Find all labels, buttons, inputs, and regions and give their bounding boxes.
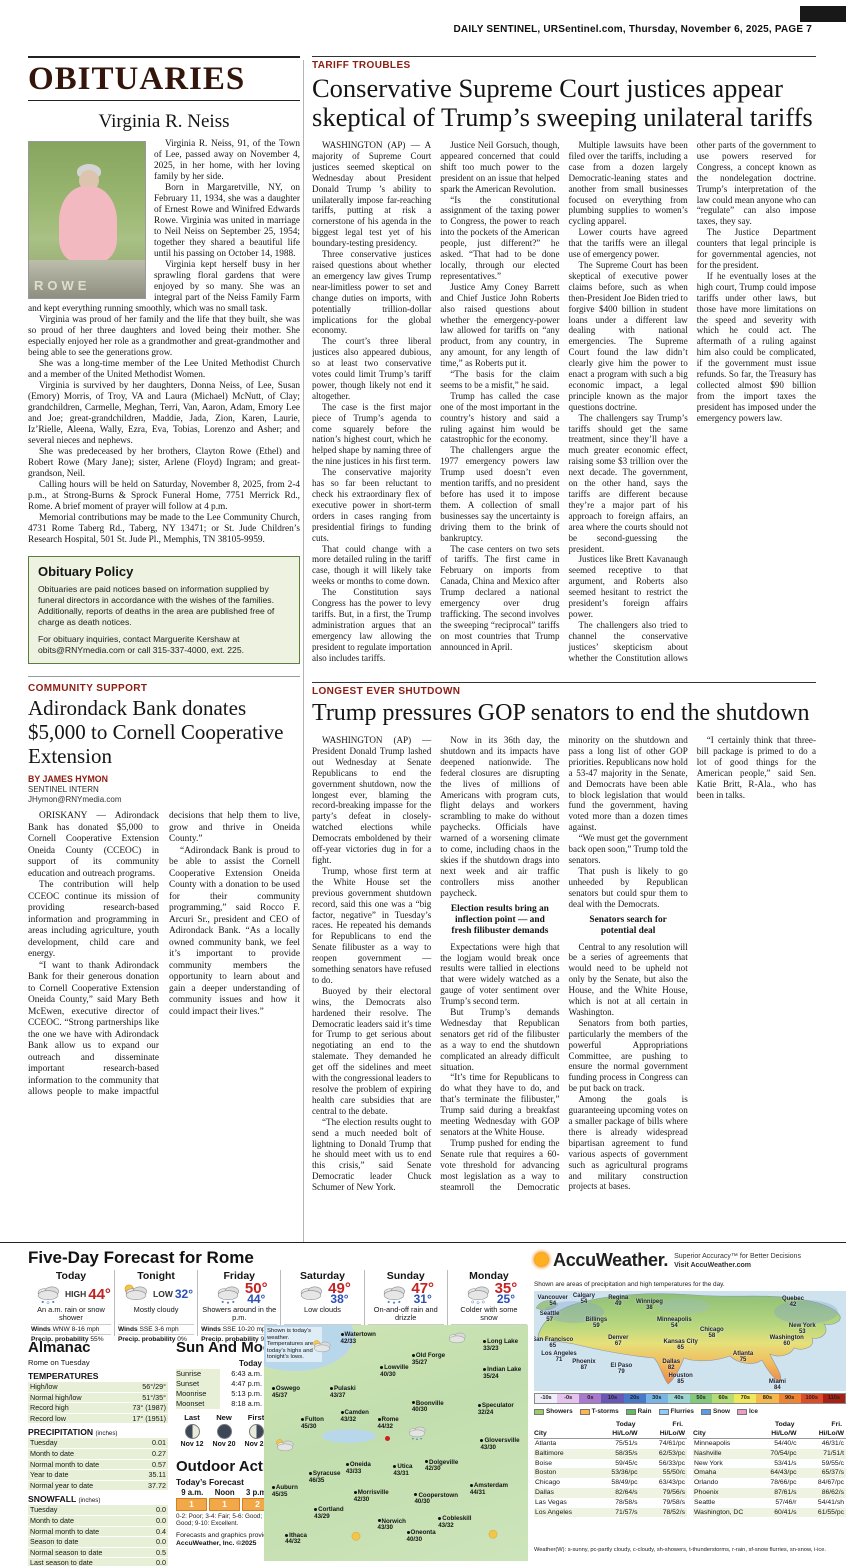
article-paragraph: “Adirondack Bank is proud to be able to … — [169, 846, 300, 1019]
fri-header: Fri. — [640, 1420, 688, 1429]
article-paragraph: Senators from both parties, particularly… — [569, 1018, 688, 1094]
regional-city: Gloversville43/30 — [480, 1438, 519, 1452]
snow-swatch — [701, 1409, 711, 1415]
city-table-row: Seattle57/46/r54/41/sh — [693, 1498, 846, 1508]
forecast-day-main: 50°44° — [201, 1283, 277, 1305]
almanac-row-value: 0.4 — [156, 1527, 166, 1537]
national-city: Winnipeg38 — [636, 1299, 663, 1312]
city-today-value: 57/46/r — [751, 1498, 799, 1508]
city-dot — [414, 1493, 417, 1496]
precip-legend-label: T-storms — [592, 1408, 619, 1415]
city-table-group-header: TodayFri. — [693, 1420, 846, 1429]
city-dot — [378, 1418, 381, 1421]
article-paragraph: Trump has called the case one of the mos… — [440, 391, 559, 446]
article-paragraph: WASHINGTON (AP) — A majority of Supreme … — [312, 140, 431, 249]
forecast-day-name: Tonight — [118, 1270, 194, 1282]
community-kicker: COMMUNITY SUPPORT — [28, 683, 300, 694]
almanac-row-label: Month to date — [30, 1449, 74, 1459]
city-table-subheader: CityHi/Lo/WHi/Lo/W — [693, 1429, 846, 1439]
flurries-swatch — [659, 1409, 669, 1415]
almanac-row-label: Normal month to date — [30, 1527, 99, 1537]
article-paragraph: The challengers say Trump’s tariffs shou… — [569, 413, 688, 555]
regional-city-temps: 43/29 — [314, 1514, 343, 1521]
weather-icon-cloud — [294, 1283, 328, 1305]
city-today-value: 70/54/pc — [751, 1449, 799, 1459]
precip-legend-label: Flurries — [671, 1408, 694, 1415]
accuweather-logo-text: AccuWeather. — [553, 1250, 668, 1271]
temp-band: 60s — [712, 1394, 734, 1403]
city-col-header: City — [693, 1429, 751, 1438]
almanac-row-label: Normal season to date — [30, 1548, 102, 1558]
almanac-row: Year to date35.11 — [28, 1470, 168, 1480]
map-weather-icon-rain — [404, 1424, 430, 1441]
article-paragraph: Trump, whose first term at the White Hou… — [312, 866, 431, 986]
national-city-temp: 42 — [782, 1302, 804, 1308]
city-table-row: Washington, DC60/41/s61/55/pc — [693, 1508, 846, 1518]
regional-city-temps: 35/27 — [412, 1360, 445, 1367]
precip-legend-item: Rain — [626, 1408, 652, 1415]
almanac-row-value: 0.0 — [156, 1537, 166, 1547]
almanac-row-value: 0.5 — [156, 1548, 166, 1558]
regional-city-temps: 44/31 — [470, 1490, 508, 1497]
national-city: Miami84 — [769, 1379, 786, 1391]
accuweather-brand: AccuWeather. Superior Accuracy™ for Bett… — [534, 1250, 801, 1271]
article-paragraph: Justice Amy Coney Barrett and Chief Just… — [440, 282, 559, 369]
obituary-policy-title: Obituary Policy — [38, 564, 290, 579]
article-subhead: Senators search for potential deal — [575, 915, 682, 937]
city-fri-value: 63/43/pc — [640, 1478, 688, 1488]
byline-email: JHymon@RNYmedia.com — [28, 795, 300, 804]
regional-city: Indian Lake35/24 — [483, 1367, 521, 1381]
moon-phase: LastNov 12 — [176, 1413, 208, 1448]
low-temp: 25° — [495, 1294, 518, 1305]
forecast-winds: Winds SSE 3-6 mph — [118, 1324, 194, 1334]
almanac-group-header: TEMPERATURES — [28, 1371, 168, 1381]
article-paragraph: Justices like Brett Kavanaugh seemed rec… — [569, 554, 688, 619]
regional-city-temps: 32/24 — [478, 1410, 514, 1417]
gravestone-text: ROWE — [34, 280, 90, 291]
city-table-row: Los Angeles71/57/s78/52/s — [534, 1508, 687, 1518]
city-name: Minneapolis — [693, 1439, 751, 1449]
today-col: Today — [220, 1359, 262, 1368]
article-paragraph: The Constitution says Congress has the p… — [312, 587, 431, 663]
temp-band: 50s — [690, 1394, 712, 1403]
map-weather-icon-sun — [343, 1528, 369, 1545]
national-city-temp: 79 — [611, 1369, 633, 1375]
obituaries-column: OBITUARIES Virginia R. Neiss ROWE Virgin… — [28, 56, 300, 1099]
weather-icon-partly — [119, 1283, 153, 1305]
temp-band: 90s — [779, 1394, 801, 1403]
national-city: Houston85 — [668, 1373, 692, 1386]
city-name: Baltimore — [534, 1449, 592, 1459]
low-temp: 44° — [245, 1294, 268, 1305]
t-storms-swatch — [580, 1409, 590, 1415]
city-table-row: Dallas82/64/s79/56/s — [534, 1488, 687, 1498]
moon-phase-date: Nov 20 — [208, 1441, 240, 1448]
showers-swatch — [534, 1409, 544, 1415]
city-name: Omaha — [693, 1468, 751, 1478]
city-today-value: 60/41/s — [751, 1508, 799, 1518]
sun-moon-label: Moonset — [176, 1399, 220, 1409]
almanac-row: Month to date0.27 — [28, 1449, 168, 1459]
moon-phase-name: New — [208, 1413, 240, 1422]
regional-city-temps: 43/32 — [438, 1523, 471, 1530]
obituaries-section-header: OBITUARIES — [28, 56, 300, 101]
forecast-temp: 49°38° — [328, 1283, 351, 1305]
article-paragraph: The challengers argue the 1977 emergency… — [440, 445, 559, 543]
almanac-row-value: 0.01 — [152, 1438, 166, 1448]
regional-city: Long Lake33/23 — [483, 1339, 518, 1353]
forecast-temp: HIGH44° — [65, 1286, 111, 1303]
precip-legend-item: Snow — [701, 1408, 730, 1415]
almanac-row: Normal season to date0.5 — [28, 1548, 168, 1558]
city-fri-value: 74/61/pc — [640, 1439, 688, 1449]
city-dot — [272, 1387, 275, 1390]
regional-city-temps: 40/30 — [412, 1407, 444, 1414]
regional-city-temps: 46/35 — [309, 1478, 341, 1485]
tariffs-headline: Conservative Supreme Court justices appe… — [312, 74, 816, 132]
city-dot — [480, 1439, 483, 1442]
winds-label: Winds — [31, 1326, 53, 1333]
article-paragraph: Three conservative justices raised quest… — [312, 249, 431, 336]
byline-title: SENTINEL INTERN — [28, 785, 300, 794]
city-today-value: 71/57/s — [592, 1508, 640, 1518]
city-dot — [341, 1333, 344, 1336]
weather-section: Five-Day Forecast for Rome TodayHIGH44°A… — [0, 1242, 846, 1566]
national-city: Denver67 — [608, 1335, 628, 1348]
national-city-temp: 65 — [534, 1343, 573, 1349]
regional-city-temps: 40/30 — [414, 1499, 458, 1506]
city-fri-value: 65/37/s — [799, 1468, 846, 1478]
moon-phase-icon — [217, 1424, 232, 1439]
city-fri-value: 71/51/t — [799, 1449, 846, 1459]
almanac-group-header: PRECIPITATION (inches) — [28, 1427, 168, 1437]
city-fri-value: 55/50/c — [640, 1468, 688, 1478]
city-table-row: Nashville70/54/pc71/51/t — [693, 1449, 846, 1459]
article-paragraph: The Justice Department counters that leg… — [697, 227, 816, 271]
temp-label: LOW — [153, 1289, 173, 1299]
weather-icon-rain-snow — [31, 1283, 65, 1305]
low-temp: 38° — [328, 1294, 351, 1305]
temp-band: 10s — [601, 1394, 623, 1403]
obituary-paragraph: She was a long-time member of the Lee Un… — [28, 359, 300, 381]
regional-city: Cooperstown40/30 — [414, 1493, 458, 1507]
temp-band: 0s — [579, 1394, 601, 1403]
city-dot — [354, 1491, 357, 1494]
sun-moon-label: Sunrise — [176, 1369, 220, 1379]
precip-legend-item: Ice — [737, 1408, 758, 1415]
shutdown-kicker: LONGEST EVER SHUTDOWN — [312, 686, 816, 697]
almanac-row-value: 0.0 — [156, 1558, 166, 1566]
regional-city: Camden43/32 — [341, 1410, 369, 1424]
precip-legend-label: Snow — [713, 1408, 730, 1415]
temp-band: 40s — [668, 1394, 690, 1403]
city-today-value: 87/61/s — [751, 1488, 799, 1498]
oneida-lake-shape — [322, 1429, 376, 1443]
map-weather-icon-sun-cloud — [309, 1339, 335, 1356]
city-col-header: City — [534, 1429, 592, 1438]
sun-moon-today: 4:47 p.m. — [220, 1379, 262, 1389]
almanac-row-label: Tuesday — [30, 1505, 57, 1515]
temp-band: -10s — [535, 1394, 557, 1403]
city-today-value: 64/43/pc — [751, 1468, 799, 1478]
regional-city-temps: 44/32 — [378, 1424, 399, 1431]
regional-city: Rome44/32 — [378, 1417, 399, 1431]
almanac-row: Normal high/low51°/35° — [28, 1393, 168, 1403]
weather-icon-rain — [377, 1283, 411, 1305]
city-forecast-table: TodayFri.CityHi/Lo/WHi/Lo/WAtlanta75/51/… — [534, 1420, 846, 1517]
forecast-day-main: LOW32° — [118, 1283, 194, 1305]
almanac-row-value: 17° (1951) — [132, 1414, 166, 1424]
national-city: Chicago58 — [700, 1327, 724, 1340]
temp-band: -0s — [557, 1394, 579, 1403]
city-table-row: Minneapolis54/40/c46/31/c — [693, 1439, 846, 1449]
city-dot — [309, 1472, 312, 1475]
almanac-row-label: Normal high/low — [30, 1393, 82, 1403]
community-byline: BY JAMES HYMON SENTINEL INTERN JHymon@RN… — [28, 774, 300, 804]
regional-city-temps: 45/35 — [272, 1492, 298, 1499]
city-table-row: Chicago58/49/pc63/43/pc — [534, 1478, 687, 1488]
city-table-subheader: CityHi/Lo/WHi/Lo/W — [534, 1429, 687, 1439]
city-table-row: Baltimore58/35/s62/53/pc — [534, 1449, 687, 1459]
national-city: Calgary54 — [573, 1293, 595, 1306]
national-city-temp: 58 — [700, 1333, 724, 1339]
accuweather-tagline: Superior Accuracy™ for Better Decisions … — [674, 1250, 801, 1270]
regional-city: Watertown42/33 — [341, 1332, 376, 1346]
almanac-row-label: Normal year to date — [30, 1481, 93, 1491]
byline-author: BY JAMES HYMON — [28, 774, 300, 784]
obituary-policy-body: Obituaries are paid notices based on inf… — [38, 584, 290, 628]
almanac-row-label: Record high — [30, 1403, 69, 1413]
city-name: Boise — [534, 1459, 592, 1469]
almanac-unit: (inches) — [78, 1497, 100, 1504]
national-city: San Francisco65 — [534, 1337, 573, 1350]
city-dot — [330, 1387, 333, 1390]
regional-weather-map: Shown is today’s weather. Temperatures a… — [264, 1325, 528, 1561]
national-city-temp: 57 — [540, 1317, 560, 1323]
precip-legend-item: Showers — [534, 1408, 573, 1415]
regional-city-temps: 40/30 — [380, 1372, 408, 1379]
moon-phase-icon — [249, 1424, 264, 1439]
tariffs-article-body: WASHINGTON (AP) — A majority of Supreme … — [312, 140, 816, 674]
city-table-group-header: TodayFri. — [534, 1420, 687, 1429]
map-note: Shown are areas of precipitation and hig… — [534, 1281, 725, 1288]
regional-city: Ithaca44/32 — [285, 1533, 307, 1547]
almanac-row-label: Normal month to date — [30, 1460, 99, 1470]
map-weather-icon-sun — [480, 1526, 506, 1543]
fri-header: Fri. — [799, 1420, 846, 1429]
hilow-col-header: Hi/Lo/W — [592, 1429, 640, 1438]
forecast-description: Mostly cloudy — [118, 1306, 194, 1323]
main-articles-column: TARIFF TROUBLES Conservative Supreme Cou… — [312, 56, 816, 1203]
almanac-row-value: 35.11 — [149, 1470, 166, 1480]
forecast-day-main: 35°25° — [451, 1283, 527, 1305]
provider-name: AccuWeather, Inc. ©2025 — [176, 1540, 256, 1547]
almanac-row: Tuesday0.01 — [28, 1438, 168, 1448]
obituary-paragraph: Virginia was proud of her family and the… — [28, 315, 300, 359]
city-name: Phoenix — [693, 1488, 751, 1498]
city-dot — [393, 1465, 396, 1468]
photo-gravestone: ROWE — [29, 260, 145, 298]
city-dot — [341, 1411, 344, 1414]
city-fri-value: 79/58/s — [640, 1498, 688, 1508]
article-paragraph: Central to any resolution will be a seri… — [569, 942, 688, 1018]
corner-mark — [800, 6, 846, 22]
city-today-value: 53/41/s — [751, 1459, 799, 1469]
forecast-temp: 50°44° — [245, 1283, 268, 1305]
almanac-row: Normal month to date0.57 — [28, 1460, 168, 1470]
national-city-temp: 85 — [668, 1379, 692, 1385]
winds-label: Winds — [201, 1326, 223, 1333]
almanac: Almanac Rome on Tuesday TEMPERATURES Hig… — [28, 1339, 168, 1566]
precip-legend-item: T-storms — [580, 1408, 619, 1415]
weather-icon-snow — [461, 1283, 495, 1305]
city-fri-value: 84/67/pc — [799, 1478, 846, 1488]
almanac-unit: (inches) — [95, 1430, 117, 1437]
regional-city: Boonville40/30 — [412, 1401, 444, 1415]
national-city: Vancouver54 — [538, 1295, 568, 1308]
shutdown-article-body: WASHINGTON (AP) — President Donald Trump… — [312, 735, 816, 1203]
temp-value: 32° — [175, 1287, 193, 1301]
city-table-row: Omaha64/43/pc65/37/s — [693, 1468, 846, 1478]
obituary-paragraph: Calling hours will be held on Saturday, … — [28, 480, 300, 513]
article-paragraph: ORISKANY — Adirondack Bank has donated $… — [28, 811, 159, 880]
article-paragraph: “It’s time for Republicans to do what th… — [440, 1072, 559, 1137]
hilow-col-header: Hi/Lo/W — [640, 1429, 688, 1438]
regional-city: Speculator32/24 — [478, 1403, 514, 1417]
forecast-day-main: 49°38° — [284, 1283, 360, 1305]
city-table-half: TodayFri.CityHi/Lo/WHi/Lo/WMinneapolis54… — [693, 1420, 846, 1517]
city-name: Las Vegas — [534, 1498, 592, 1508]
regional-city-temps: 40/30 — [407, 1537, 436, 1544]
moon-phase-name: Last — [176, 1413, 208, 1422]
temperature-legend: -10s-0s0s10s20s30s40s50s60s70s80s90s100s… — [534, 1393, 846, 1404]
national-city: El Paso79 — [611, 1363, 633, 1376]
almanac-row-label: Month to date — [30, 1516, 74, 1526]
obituary-paragraph: Virginia is survived by her daughters, D… — [28, 381, 300, 447]
blank — [176, 1359, 220, 1368]
city-fri-value: 54/41/sh — [799, 1498, 846, 1508]
city-name: Orlando — [693, 1478, 751, 1488]
city-table-row: Atlanta75/51/s74/61/pc — [534, 1439, 687, 1449]
city-dot — [470, 1484, 473, 1487]
city-fri-value: 78/52/s — [640, 1508, 688, 1518]
precipitation-legend: ShowersT-stormsRainFlurriesSnowIce — [534, 1406, 846, 1417]
regional-city-temps: 43/33 — [346, 1469, 371, 1476]
article-paragraph: Expectations were high that the logjam w… — [440, 942, 559, 1007]
visit-text: Visit AccuWeather.com — [674, 1262, 751, 1269]
map-weather-icon-cloud — [444, 1330, 470, 1347]
tariffs-kicker: TARIFF TROUBLES — [312, 60, 816, 71]
regional-city: Norwich43/30 — [378, 1519, 406, 1533]
city-dot — [412, 1401, 415, 1404]
forecast-description: On-and-off rain and drizzle — [368, 1306, 444, 1323]
section-divider — [28, 676, 300, 677]
forecast-temp: LOW32° — [153, 1287, 193, 1301]
regional-city: Amsterdam44/31 — [470, 1483, 508, 1497]
city-today-value: 75/51/s — [592, 1439, 640, 1449]
city-today-value: 58/35/s — [592, 1449, 640, 1459]
national-city-temp: 49 — [608, 1301, 628, 1307]
forecast-day: TonightLOW32°Mostly cloudyWinds SSE 3-6 … — [115, 1270, 198, 1336]
national-city-temp: 75 — [733, 1357, 753, 1363]
forecast-description: An a.m. rain or snow shower — [31, 1306, 111, 1323]
city-table-row: Boston53/36/pc55/50/c — [534, 1468, 687, 1478]
city-fri-value: 86/62/s — [799, 1488, 846, 1498]
almanac-row: Tuesday0.0 — [28, 1505, 168, 1515]
article-paragraph: “The election results ought to send a mu… — [312, 1117, 431, 1193]
city-name: Nashville — [693, 1449, 751, 1459]
regional-city-temps: 35/24 — [483, 1374, 521, 1381]
today-header: Today — [592, 1420, 640, 1429]
article-paragraph: The case centers on two sets of tariffs.… — [440, 544, 559, 653]
regional-city-temps: 44/32 — [285, 1539, 307, 1546]
temp-value: 44° — [88, 1286, 111, 1303]
national-city-temp: 54 — [573, 1299, 595, 1305]
almanac-group-header: SNOWFALL (inches) — [28, 1494, 168, 1504]
city-today-value: 82/64/s — [592, 1488, 640, 1498]
city-dot — [478, 1404, 481, 1407]
tagline-text: Superior Accuracy™ for Better Decisions — [674, 1253, 801, 1260]
forecast-day-name: Today — [31, 1270, 111, 1282]
almanac-title: Almanac — [28, 1339, 168, 1356]
almanac-row-label: High/low — [30, 1382, 58, 1392]
city-today-value: 78/66/pc — [751, 1478, 799, 1488]
winds-label: Winds — [118, 1326, 140, 1333]
regional-city-temps: 43/37 — [330, 1393, 356, 1400]
moon-phase: NewNov 20 — [208, 1413, 240, 1448]
article-paragraph: Multiple lawsuits have been filed over t… — [569, 140, 688, 227]
city-fri-value: 61/55/pc — [799, 1508, 846, 1518]
hilow-col-header: Hi/Lo/W — [799, 1429, 846, 1438]
regional-city: Cobleskill43/32 — [438, 1516, 471, 1530]
temp-band: 110s — [823, 1394, 845, 1403]
article-paragraph: “The basis for the claim seems to be a m… — [440, 369, 559, 391]
outdoor-time: Noon — [209, 1488, 242, 1497]
sun-moon-today: 5:13 p.m. — [220, 1389, 262, 1399]
low-temp: 31° — [411, 1294, 434, 1305]
city-name: Boston — [534, 1468, 592, 1478]
city-dot — [483, 1340, 486, 1343]
regional-city: Old Forge35/27 — [412, 1353, 445, 1367]
city-dot — [346, 1463, 349, 1466]
rome-marker — [385, 1436, 390, 1441]
shutdown-headline: Trump pressures GOP senators to end the … — [312, 700, 816, 727]
city-today-value: 59/45/c — [592, 1459, 640, 1469]
city-fri-value: 56/33/pc — [640, 1459, 688, 1469]
blank-header — [534, 1420, 592, 1429]
city-dot — [314, 1508, 317, 1511]
almanac-row: Record high73° (1987) — [28, 1403, 168, 1413]
sun-moon-today: 6:43 a.m. — [220, 1369, 262, 1379]
city-today-value: 58/49/pc — [592, 1478, 640, 1488]
article-subhead: Election results bring an inflection poi… — [446, 904, 553, 937]
regional-city-temps: 43/31 — [393, 1471, 412, 1478]
city-name: Chicago — [534, 1478, 592, 1488]
temp-band: 100s — [801, 1394, 823, 1403]
almanac-row-value: 0.27 — [152, 1449, 166, 1459]
regional-city-temps: 33/23 — [483, 1346, 518, 1353]
article-paragraph: That push is likely to go unheeded by Re… — [569, 866, 688, 910]
temp-band: 80s — [756, 1394, 778, 1403]
almanac-row-label: Tuesday — [30, 1438, 57, 1448]
regional-city: Auburn45/35 — [272, 1485, 298, 1499]
outdoor-value: 1 — [176, 1498, 207, 1511]
sun-moon-label: Moonrise — [176, 1389, 220, 1399]
city-today-value: 78/58/s — [592, 1498, 640, 1508]
almanac-row: Month to date0.0 — [28, 1516, 168, 1526]
almanac-row: High/low56°/29° — [28, 1382, 168, 1392]
